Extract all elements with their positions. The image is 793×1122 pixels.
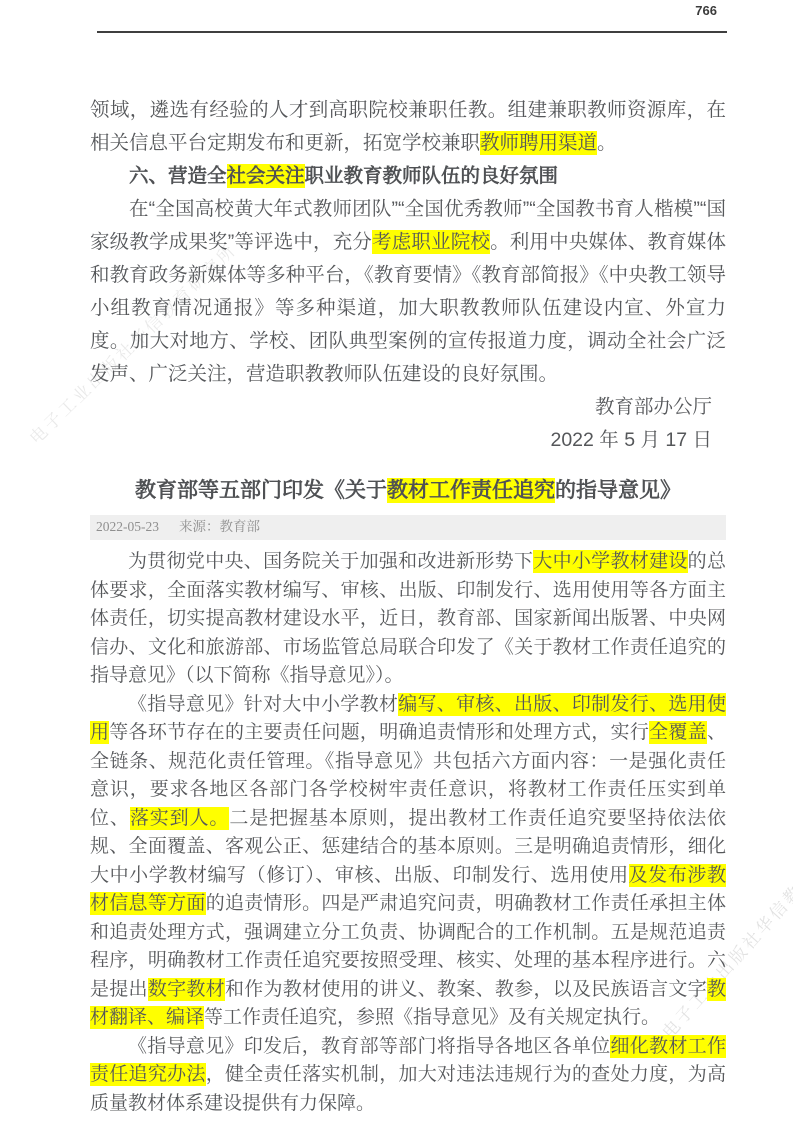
article-title: 教育部等五部门印发《关于教材工作责任追究的指导意见》 [90,476,726,506]
body-paragraph: 在“全国高校黄大年式教师团队”“全国优秀教师”“全国教书育人楷模”“国家级教学成… [90,193,726,391]
article-meta-source: 来源：教育部 [179,519,260,534]
article-textbook-accountability: 教育部等五部门印发《关于教材工作责任追究的指导意见》 2022-05-23来源：… [90,476,726,1118]
highlight: 教师聘用渠道 [480,131,597,155]
highlight: 编写、审核、出版、印制发行、选用使用 [90,693,726,745]
body-paragraph: 为贯彻党中央、国务院关于加强和改进新形势下大中小学教材建设的总体要求，全面落实教… [90,548,726,691]
document-page: 766 电子工业出版社华信教育研究所 电子工业出版社华信教育研究所 领域，遴选有… [0,0,793,1122]
highlight: 落实到人。 [130,807,230,830]
highlight: 教材工作责任追究 [387,478,555,503]
article-meta-date: 2022-05-23 [96,519,159,534]
signature-date: 2022 年 5 月 17 日 [90,424,726,457]
section-heading-six: 六、营造全社会关注职业教育教师队伍的良好氛围 [90,160,726,193]
page-content: 领域，遴选有经验的人才到高职院校兼职任教。组建兼职教师资源库，在相关信息平台定期… [90,0,726,1118]
highlight: 考虑职业院校 [372,230,490,254]
article-teacher-team: 领域，遴选有经验的人才到高职院校兼职任教。组建兼职教师资源库，在相关信息平台定期… [90,94,726,457]
highlight: 细化教材工作责任追究办法 [90,1035,726,1087]
highlight: 数字教材 [148,978,225,1001]
body-paragraph: 《指导意见》针对大中小学教材编写、审核、出版、印制发行、选用使用等各环节存在的主… [90,691,726,1033]
signature-issuer: 教育部办公厅 [90,391,726,424]
body-paragraph: 《指导意见》印发后，教育部等部门将指导各地区各单位细化教材工作责任追究办法，健全… [90,1033,726,1119]
highlight: 及发布涉教材信息等方面 [90,864,726,916]
highlight: 社会关注 [227,164,305,188]
highlight: 大中小学教材建设 [533,550,687,573]
article-meta-bar: 2022-05-23来源：教育部 [90,515,726,540]
highlight: 全覆盖 [649,721,707,744]
paragraph-continuation: 领域，遴选有经验的人才到高职院校兼职任教。组建兼职教师资源库，在相关信息平台定期… [90,94,726,160]
